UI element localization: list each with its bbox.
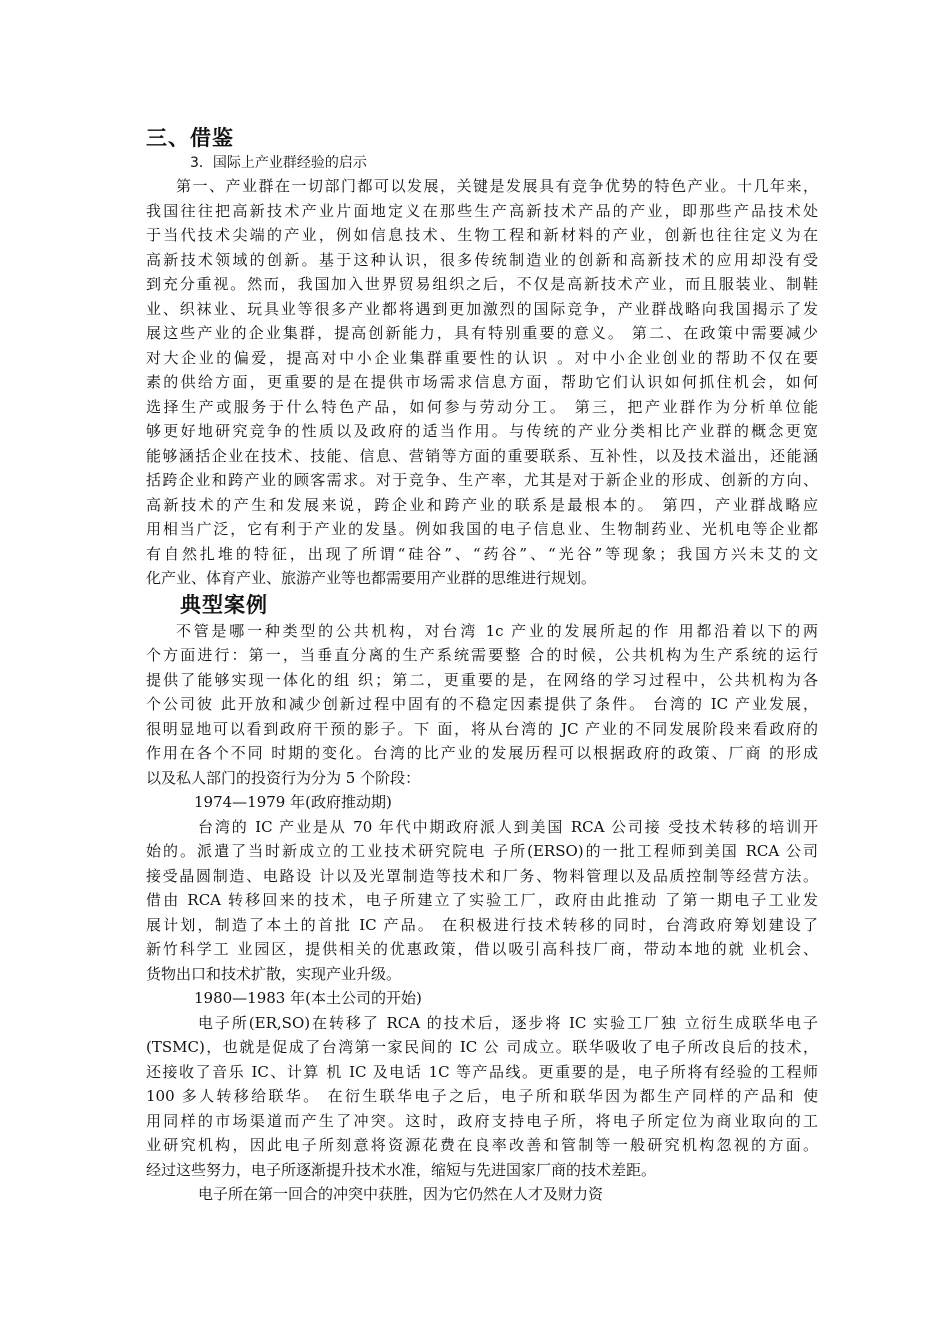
text-line: 新竹科学工 业园区，提供相关的优惠政策，借以吸引高科技厂商，带动本地的就 业机会…: [146, 937, 818, 962]
text-line: 于当代技术尖端的产业，例如信息技术、生物工程和新材料的产业，创新也往往定义为在: [146, 223, 818, 248]
text-line: 化产业、体育产业、旅游产业等也都需要用产业群的思维进行规划。: [146, 566, 818, 591]
text-line: 素的供给方面，更重要的是在提供市场需求信息方面，帮助它们认识如何抓住机会，如何: [146, 370, 818, 395]
text-line: 高新技术的产生和发展来说，跨企业和跨产业的联系是最根本的。 第四，产业群战略应: [146, 493, 818, 518]
section-heading: 三、借鉴: [146, 124, 818, 152]
text-line: 第一、产业群在一切部门都可以发展，关键是发展具有竞争优势的特色产业。十几年来，: [146, 174, 818, 199]
stage2-heading: 1980—1983 年(本土公司的开始): [146, 986, 818, 1011]
text-line: (TSMC)，也就是促成了台湾第一家民间的 IC 公 司成立。联华吸收了电子所改…: [146, 1035, 818, 1060]
text-line: 还接收了音乐 IC、计算 机 IC 及电话 1C 等产品线。更重要的是，电子所将…: [146, 1060, 818, 1085]
text-line: 很明显地可以看到政府干预的影子。下 面，将从台湾的 JC 产业的不同发展阶段来看…: [146, 717, 818, 742]
text-line: 用相当广泛，它有利于产业的发垦。例如我国的电子信息业、生物制药业、光机电等企业都: [146, 517, 818, 542]
text-line: 台湾的 IC 产业是从 70 年代中期政府派人到美国 RCA 公司接 受技术转移…: [146, 815, 818, 840]
text-line: 有自然扎堆的特征，出现了所谓“硅谷”、“药谷”、“光谷”等现象；我国方兴未艾的文: [146, 542, 818, 567]
text-line: 借由 RCA 转移回来的技术，电子所建立了实验工厂，政府由此推动 了第一期电子工…: [146, 888, 818, 913]
text-line: 货物出口和技术扩散，实现产业升级。: [146, 962, 818, 987]
text-line: 我国往往把高新技术产业片面地定义在那些生产高新技术产品的产业，即那些产品技术处: [146, 199, 818, 224]
text-line: 展这些产业的企业集群，提高创新能力，具有特别重要的意义。 第二、在政策中需要减少: [146, 321, 818, 346]
final-paragraph: 电子所在第一回合的冲突中获胜，因为它仍然在人才及财力资: [146, 1182, 818, 1207]
text-line: 电子所在第一回合的冲突中获胜，因为它仍然在人才及财力资: [146, 1182, 818, 1207]
text-line: 个方面进行：第一，当垂直分离的生产系统需要整 合的时候，公共机构为生产系统的运行: [146, 643, 818, 668]
case-intro-paragraph: 不管是哪一种类型的公共机构，对台湾 1c 产业的发展所起的作 用都沿着以下的两 …: [146, 619, 818, 791]
text-line: 高新技术领域的创新。基于这种认识，很多传统制造业的创新和高新技术的应用却没有受: [146, 248, 818, 273]
subsection-heading: 3．国际上产业群经验的启示: [146, 152, 818, 174]
text-line: 作用在各个不同 时期的变化。台湾的比产业的发展历程可以根据政府的政策、厂商 的形…: [146, 741, 818, 766]
stage1-heading: 1974—1979 年(政府推动期): [146, 790, 818, 815]
stage2-paragraph: 电子所(ER,SO)在转移了 RCA 的技术后，逐步将 IC 实验工厂独 立衍生…: [146, 1011, 818, 1183]
text-line: 电子所(ER,SO)在转移了 RCA 的技术后，逐步将 IC 实验工厂独 立衍生…: [146, 1011, 818, 1036]
case-heading: 典型案例: [146, 591, 818, 619]
stage1-paragraph: 台湾的 IC 产业是从 70 年代中期政府派人到美国 RCA 公司接 受技术转移…: [146, 815, 818, 987]
text-line: 选择生产或服务于什么特色产品，如何参与劳动分工。 第三，把产业群作为分析单位能: [146, 395, 818, 420]
text-line: 经过这些努力，电子所逐渐提升技术水准，缩短与先进国家厂商的技术差距。: [146, 1158, 818, 1183]
text-line: 始的。派遣了当时新成立的工业技术研究院电 子所(ERSO)的一批工程师到美国 R…: [146, 839, 818, 864]
text-line: 接受晶圆制造、电路设 计以及光罩制造等技术和厂务、物料管理以及品质控制等经营方法…: [146, 864, 818, 889]
text-line: 不管是哪一种类型的公共机构，对台湾 1c 产业的发展所起的作 用都沿着以下的两: [146, 619, 818, 644]
text-line: 以及私人部门的投资行为分为 5 个阶段：: [146, 766, 818, 791]
text-line: 能够涵括企业在技术、技能、信息、营销等方面的重要联系、互补性，以及技术溢出，还能…: [146, 444, 818, 469]
document-page: 三、借鉴 3．国际上产业群经验的启示 第一、产业群在一切部门都可以发展，关键是发…: [146, 124, 818, 1207]
lessons-paragraph: 第一、产业群在一切部门都可以发展，关键是发展具有竞争优势的特色产业。十几年来， …: [146, 174, 818, 591]
text-line: 对大企业的偏爱，提高对中小企业集群重要性的认识 。对中小企业创业的帮助不仅在要: [146, 346, 818, 371]
text-line: 展计划，制造了本土的首批 IC 产品。 在积极进行技术转移的同时，台湾政府筹划建…: [146, 913, 818, 938]
text-line: 业研究机构，因此电子所刻意将资源花费在良率改善和管制等一般研究机构忽视的方面。: [146, 1133, 818, 1158]
text-line: 个公司彼 此开放和减少创新过程中固有的不稳定因素提供了条件。 台湾的 IC 产业…: [146, 692, 818, 717]
text-line: 到充分重视。然而，我国加入世界贸易组织之后，不仅是高新技术产业，而且服装业、制鞋: [146, 272, 818, 297]
text-line: 提供了能够实现一体化的组 织；第二，更重要的是，在网络的学习过程中，公共机构为各: [146, 668, 818, 693]
text-line: 100 多人转移给联华。 在衍生联华电子之后，电子所和联华因为都生产同样的产品和…: [146, 1084, 818, 1109]
text-line: 够更好地研究竞争的性质以及政府的适当作用。与传统的产业分类相比产业群的概念更宽: [146, 419, 818, 444]
text-line: 括跨企业和跨产业的顾客需求。对于竞争、生产率，尤其是对于新企业的形成、创新的方向…: [146, 468, 818, 493]
text-line: 业、织袜业、玩具业等很多产业都将遇到更加激烈的国际竞争，产业群战略向我国揭示了发: [146, 297, 818, 322]
text-line: 用同样的市场渠道而产生了冲突。这时，政府支持电子所，将电子所定位为商业取向的工: [146, 1109, 818, 1134]
